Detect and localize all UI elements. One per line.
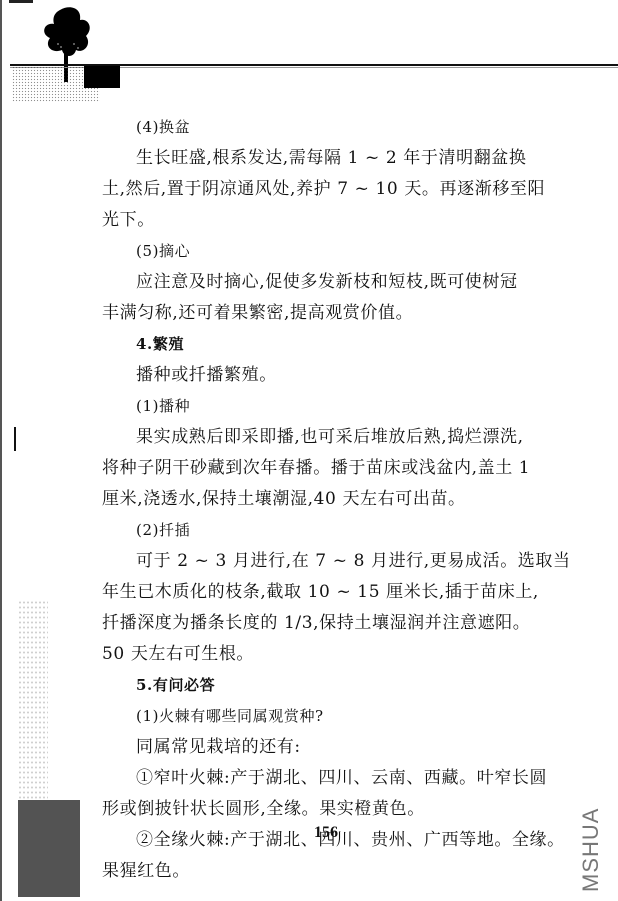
paragraph-line: 将种子阴干砂藏到次年春播。播于苗床或浅盆内,盖土 1 <box>102 453 562 484</box>
section-heading: 5.有问必答 <box>102 670 562 701</box>
paragraph-line: 生长旺盛,根系发达,需每隔 1 ~ 2 年于清明翻盆换 <box>102 143 562 174</box>
top-scan-mark <box>9 0 33 3</box>
paragraph-line: 播种或扦播繁殖。 <box>102 360 562 391</box>
page-number: 156 <box>314 824 338 842</box>
scan-noise-bottom <box>18 600 48 800</box>
question-heading: (1)火棘有哪些同属观赏种? <box>102 701 562 732</box>
scan-dark-corner <box>18 800 80 897</box>
paragraph-line: 丰满匀称,还可着果繁密,提高观赏价值。 <box>102 298 562 329</box>
section-heading: 4.繁殖 <box>102 329 562 360</box>
page-body: (4)换盆 生长旺盛,根系发达,需每隔 1 ~ 2 年于清明翻盆换 土,然后,置… <box>102 112 562 887</box>
paragraph-line: 光下。 <box>102 205 562 236</box>
paragraph-line: 50 天左右可生根。 <box>102 639 562 670</box>
paragraph-line: 厘米,浇透水,保持土壤潮湿,40 天左右可出苗。 <box>102 484 562 515</box>
paragraph-line: 可于 2 ~ 3 月进行,在 7 ~ 8 月进行,更易成活。选取当 <box>102 546 562 577</box>
subheading: (5)摘心 <box>102 236 562 267</box>
header-block <box>84 66 120 88</box>
paragraph-line: 果实成熟后即采即播,也可采后堆放后熟,捣烂漂洗, <box>102 422 562 453</box>
paragraph-line: 年生已木质化的枝条,截取 10 ~ 15 厘米长,插于苗床上, <box>102 577 562 608</box>
subheading: (1)播种 <box>102 391 562 422</box>
subheading: (2)扦插 <box>102 515 562 546</box>
paragraph-line: 土,然后,置于阴凉通风处,养护 7 ~ 10 天。再逐渐移至阳 <box>102 174 562 205</box>
paragraph-line: 应注意及时摘心,促使多发新枝和短枝,既可使树冠 <box>102 267 562 298</box>
paragraph-line: 同属常见栽培的还有: <box>102 732 562 763</box>
paragraph-line: 扦播深度为播条长度的 1/3,保持土壤湿润并注意遮阳。 <box>102 608 562 639</box>
page-left-border <box>0 0 2 901</box>
subheading: (4)换盆 <box>102 112 562 143</box>
margin-mark <box>14 427 16 451</box>
paragraph-line: ①窄叶火棘:产于湖北、四川、云南、西藏。叶窄长圆 <box>102 763 562 794</box>
watermark: MSHUA <box>578 808 604 892</box>
paragraph-line: 果猩红色。 <box>102 856 562 887</box>
paragraph-line: 形或倒披针状长圆形,全缘。果实橙黄色。 <box>102 794 562 825</box>
